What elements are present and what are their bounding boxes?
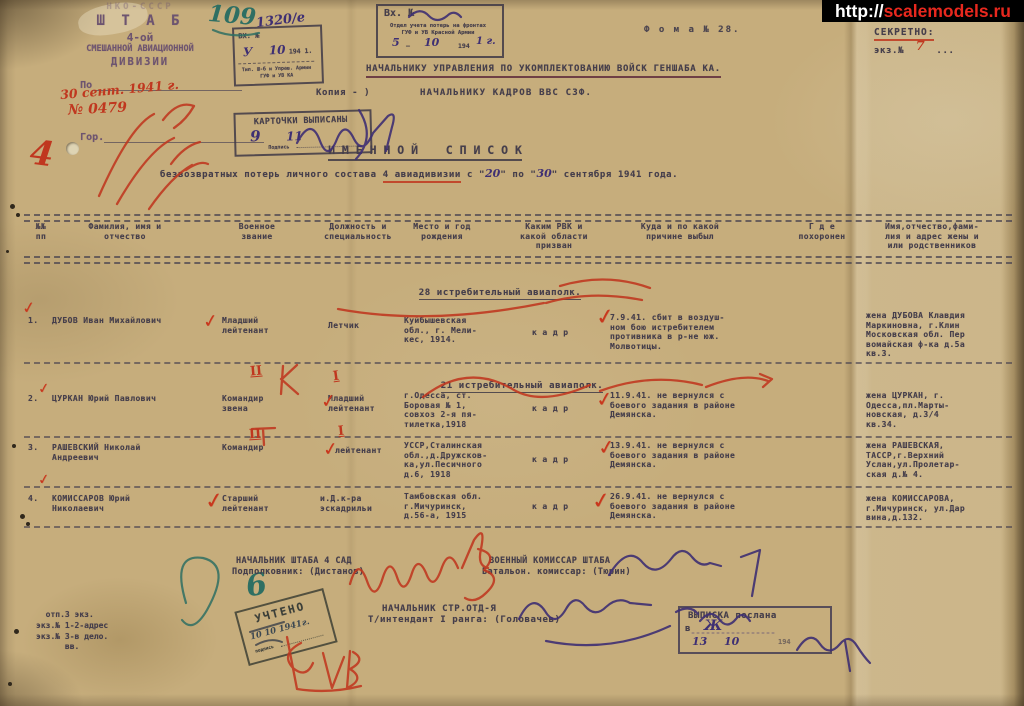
scanned-document: http://scalemodels.ru НКО-СССР Ш Т А Б 4… [0,0,1024,706]
red-roman-mark: II [248,427,261,443]
row-duty: Летчик [328,321,359,331]
document-title: И М Е Н Н О Й С П И С О К [296,139,554,158]
row-fate: 11.9.41. не вернулся с боевого задания в… [610,391,735,420]
letterhead-unit-number: 4-ой [58,31,222,44]
stamp-year: 194 1. [289,47,313,56]
site-watermark: http://scalemodels.ru [822,0,1024,22]
vypiska-stamp: ВЫПИСКА послана в Ж 13 10 194 [678,606,832,654]
table-rule-top [24,214,1012,222]
chief-of-staff-title: НАЧАЛЬНИК ШТАБА 4 САД [236,556,352,567]
paper-speck [14,629,19,634]
copy-number-handwritten: 7 [916,39,925,54]
row-num: 4. [28,494,38,504]
dept-chief-rank: Т/интендант I ранга: (Головачев) [368,615,561,626]
col-header-fate: Куда и по какой причине выбыл [620,222,740,241]
stamp-vx-label: Вх. № [384,8,414,19]
red-checkmark: ✓ [21,297,37,318]
paper-speck [20,514,25,519]
paper-speck [8,682,12,686]
row-rvk: к а д р [532,328,569,338]
uchteno-sign-label: подпись [255,645,275,655]
title-text: И М Е Н Н О Й С П И С О К [328,143,522,161]
addressee-line1: НАЧАЛЬНИКУ УПРАВЛЕНИЯ ПО УКОМПЛЕКТОВАНИЮ… [366,56,721,75]
stamp-hand-day: У [243,45,253,59]
col-header-num: №№ пп [28,222,54,241]
red-checkmark: ✓ [37,380,51,397]
red-checkmark: ✓ [594,304,616,331]
vypiska-title: ВЫПИСКА послана [688,611,777,621]
row-duty: лейтенант [335,446,382,456]
cards-sign-label: Подпись [268,144,289,151]
red-checkmark: ✓ [320,390,338,413]
subtitle-date-from: 20 [485,167,500,180]
commissar-rank: Батальон. комиссар: (Тюрин) [482,567,631,578]
row-rvk: к а д р [532,455,569,465]
gor-label: Гор. [80,132,104,143]
red-checkmark: ✓ [596,434,616,460]
section-header-21iap: 21 истребительный авиаполк. [424,373,620,392]
row-rvk: к а д р [532,404,569,414]
watermark-prefix: http:// [835,1,884,21]
row-num: 1. [28,316,38,326]
stamp-hand-month: 10 [424,36,439,49]
stamp-hand-month: 10 [269,43,286,58]
row-duty: и.Д.к-ра эскадрильи [320,494,372,513]
row-rank: Старший лейтенант [222,494,269,513]
vypiska-year: 194 [778,638,791,646]
row-fate: 7.9.41. сбит в воздуш- ном бою истребите… [610,313,725,351]
table-rule-row4 [24,526,1012,528]
col-header-buried: Г д е похоронен [780,222,864,241]
col-header-duty: Должность и специальность [306,222,410,241]
stamp-hand-year: 1 г. [476,36,496,47]
row-num: 3. [28,443,38,453]
addressee-line2: НАЧАЛЬНИКУ КАДРОВ ВВС СЗФ. [420,88,592,98]
row-num: 2. [28,394,38,404]
red-checkmark: ✓ [590,488,612,515]
subtitle-date-to: 30 [536,167,551,180]
row-name: ДУБОВ Иван Михайлович [52,316,217,326]
stamp-vx-label: ВХ. № [238,32,259,41]
table-rule-row3 [24,486,1012,488]
letterhead-unit-word: ДИВИЗИИ [58,56,222,68]
copy-dots: ... [936,46,954,56]
row-name: РАШЕВСКИЙ Николай Андреевич [52,443,217,462]
row-rank: Командир звена [222,394,264,413]
red-checkmark: ✓ [322,438,340,461]
paper-speck [10,204,15,209]
red-checkmark: ✓ [202,310,220,333]
paper-speck [16,213,20,217]
addressee1-text: НАЧАЛЬНИКУ УПРАВЛЕНИЯ ПО УКОМПЛЕКТОВАНИЮ… [366,64,721,78]
row-family: жена КОМИССАРОВА, г.Мичуринск, ул.Дар ви… [866,494,965,523]
letterhead-shtab: Ш Т А Б [58,13,222,29]
row-family: жена ДУБОВА Клавдия Маркиновна, г.Клин М… [866,311,965,359]
section-header-28iap: 28 истребительный авиаполк. [398,280,602,299]
table-rule-row2 [24,436,1012,438]
table-rule-row1 [24,362,1012,364]
row-birth: г.Одесса, ст. Боровая № 1, совхоз 2-я пя… [404,391,477,429]
row-name: КОМИССАРОВ Юрий Николаевич [52,494,217,513]
dept-chief-title: НАЧАЛЬНИК СТР.ОТД-Я [382,604,496,615]
copy-marker: Копия - ) [316,88,370,99]
red-checkmark: ✓ [594,386,614,412]
red-checkmark: ✓ [37,471,51,488]
row-fate: 13.9.41. не вернулся с боевого задания в… [610,441,735,470]
letterhead-unit-type: СМЕШАННОЙ АВИАЦИОННОЙ [58,44,222,54]
red-roman-mark: I [332,369,340,385]
vypiska-v-label: в [685,624,691,635]
paper-speck [12,444,16,448]
row-fate: 26.9.41. не вернулся с боевого задания в… [610,492,735,521]
secret-label: СЕКРЕТНО: [874,20,934,39]
paper-speck [6,250,9,253]
row-family: жена РАШЕВСКАЯ, ТАССР,г.Верхний Услан,ул… [866,441,960,479]
subtitle-part4: " сентября 1941 года. [552,170,678,180]
stamp-hand-day: 5 [392,36,400,49]
red-roman-mark: II [249,363,262,379]
row-birth: Тамбовская обл. г.Мичуринск, д.56-а, 191… [404,492,482,521]
incoming-stamp-left: ВХ. № У 10 194 1. Тип. Ш-б и Управ. Арми… [232,24,324,86]
row-birth: УССР,Сталинская обл.,д.Дружсков- ка,ул.П… [404,441,487,479]
row-birth: Куйбышевская обл., г. Мели- кес, 1914. [404,316,477,345]
row-family: жена ЦУРКАН, г. Одесса,пл.Марты- новская… [866,391,949,429]
section-28iap-text: 28 истребительный авиаполк. [419,288,582,300]
stamp-divider [238,61,314,65]
copy-number-line: экз.№ 7 ... [874,38,954,57]
stamp-dash: — [406,42,410,50]
row-rank: Младший лейтенант [222,316,269,335]
subtitle: безвозвратных потерь личного состава 4 а… [160,167,800,181]
margin-red-numeral: 4 [28,133,56,176]
subtitle-part2: с " [461,170,485,180]
col-header-name: Фамилия, имя и отчество [58,222,192,241]
col-header-rvk: Каким РВК и какой области призван [506,222,602,251]
chief-of-staff-rank: Подполковник: (Дистанов) [232,567,364,578]
col-header-birth: Место и год рождения [398,222,486,241]
table-rule-header-bottom [24,256,1012,264]
stamp-year: 194 [458,42,470,50]
cards-hand-day: 9 [250,127,261,145]
vypiska-hand-day: 13 [692,635,707,648]
form-number: Ф о м а № 28. [644,25,740,35]
subtitle-part1: безвозвратных потерь личного состава [160,170,383,180]
row-rank: Командир [222,443,264,453]
row-name: ЦУРКАН Юрий Павлович [52,394,217,404]
col-header-family: Имя,отчество,фами- лия и адрес жены и ил… [864,222,1000,251]
red-roman-mark: I [337,424,345,440]
incoming-stamp-right: Вх. № Отдел учета потерь на фронтах ГУФ … [376,4,504,58]
subtitle-unit: 4 авиадивизии [383,170,461,183]
vypiska-hand-place: Ж [704,618,722,634]
row-rvk: к а д р [532,502,569,512]
watermark-site: scalemodels.ru [884,1,1011,21]
copies-note: отп.3 экз. экз.№ 1-2-адрес экз.№ 3-в дел… [36,610,108,653]
col-header-rank: Военное звание [220,222,294,241]
copy-label: экз.№ [874,46,904,56]
subtitle-part3: " по " [500,170,536,180]
handwritten-outgoing-number: № 0479 [68,99,128,118]
uchteno-sign-line [281,635,324,647]
red-checkmark: ✓ [203,488,225,515]
vypiska-hand-month: 10 [724,635,739,648]
letterhead-org: НКО-СССР [58,2,222,12]
commissar-title: ВОЕННЫЙ КОМИССАР ШТАБА [489,556,610,567]
